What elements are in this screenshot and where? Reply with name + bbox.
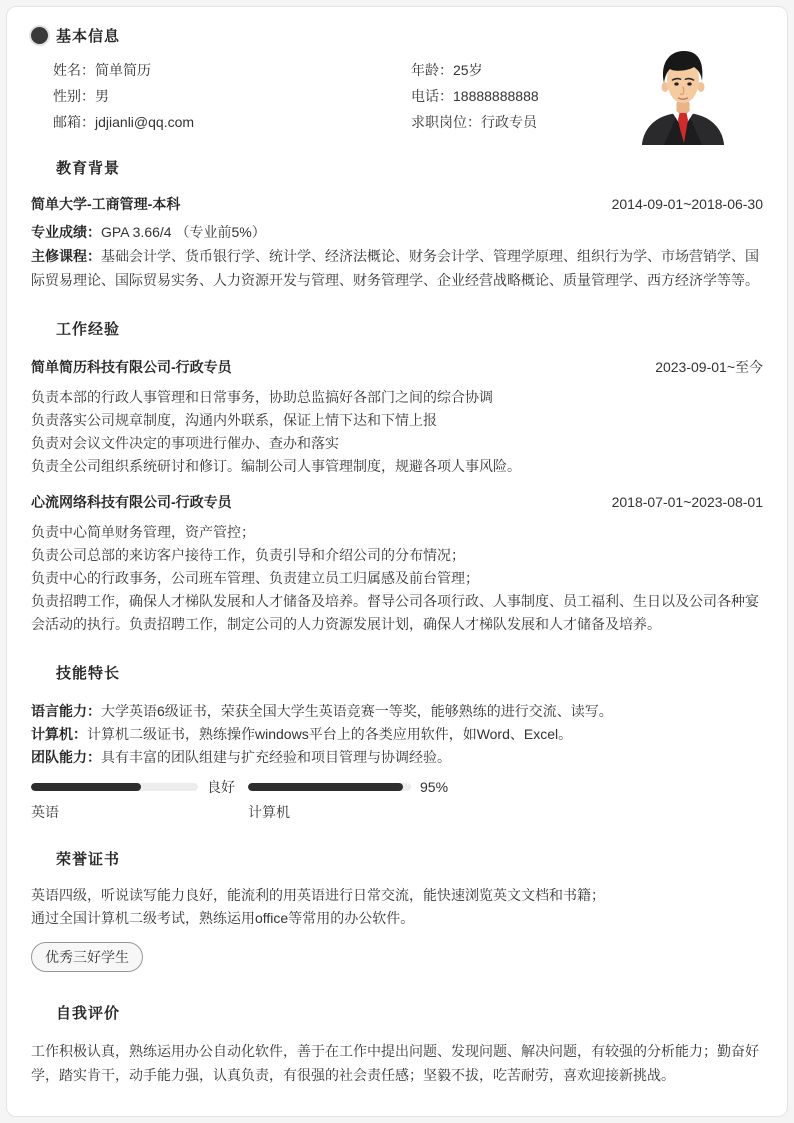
section-education: 教育背景 简单大学-工商管理-本科 2014-09-01~2018-06-30 … <box>31 159 763 292</box>
duty-line: 负责中心简单财务管理，资产管控； <box>31 521 763 544</box>
skills-items: 语言能力：大学英语6级证书，荣获全国大学生英语竞赛一等奖，能够熟练的进行交流、读… <box>31 700 763 769</box>
company-position: 简单简历科技有限公司-行政专员 <box>31 357 232 377</box>
education-title: 教育背景 <box>56 159 763 179</box>
duty-line: 负责对会议文件决定的事项进行催办、查办和落实 <box>31 432 763 455</box>
courses-line: 主修课程：基础会计学、货币银行学、统计学、经济法概论、财务会计学、管理学原理、组… <box>31 244 763 292</box>
honors-title: 荣誉证书 <box>56 850 763 870</box>
section-honors: 荣誉证书 英语四级，听说读写能力良好，能流利的用英语进行日常交流，能快速浏览英文… <box>31 850 763 972</box>
honor-badge: 优秀三好学生 <box>31 942 143 972</box>
progress-fill <box>248 783 403 791</box>
job-header: 简单简历科技有限公司-行政专员 2023-09-01~至今 <box>31 357 763 377</box>
job-duties: 负责本部的行政人事管理和日常事务，协助总监搞好各部门之间的综合协调 负责落实公司… <box>31 386 763 478</box>
section-self-eval: 自我评价 工作积极认真，熟练运用办公自动化软件，善于在工作中提出问题、发现问题、… <box>31 1004 763 1087</box>
progress-level-label: 良好 <box>207 777 235 797</box>
skill-bar-english: 良好 英语 <box>31 779 248 822</box>
duty-line: 负责招聘工作，确保人才梯队发展和人才储备及培养。督导公司各项行政、人事制度、员工… <box>31 590 763 636</box>
school-degree: 简单大学-工商管理-本科 <box>31 194 180 214</box>
job-header: 心流网络科技有限公司-行政专员 2018-07-01~2023-08-01 <box>31 492 763 512</box>
section-title: 基本信息 <box>56 25 120 46</box>
field-name: 姓名：简单简历 <box>53 57 411 83</box>
skill-bar-name: 计算机 <box>248 802 448 822</box>
skills-title: 技能特长 <box>56 664 763 684</box>
progress-track <box>31 783 198 791</box>
education-entry: 简单大学-工商管理-本科 2014-09-01~2018-06-30 <box>31 194 763 214</box>
job-duties: 负责中心简单财务管理，资产管控； 负责公司总部的来访客户接待工作，负责引导和介绍… <box>31 521 763 636</box>
section-skills: 技能特长 语言能力：大学英语6级证书，荣获全国大学生英语竞赛一等奖，能够熟练的进… <box>31 664 763 822</box>
avatar-illustration <box>634 43 732 145</box>
progress-level-label: 95% <box>420 779 448 795</box>
progress-track <box>248 783 411 791</box>
job-date: 2018-07-01~2023-08-01 <box>612 494 763 510</box>
duty-line: 负责中心的行政事务，公司班车管理、负责建立员工归属感及前台管理； <box>31 567 763 590</box>
profile-photo <box>634 43 732 145</box>
gpa-line: 专业成绩：GPA 3.66/4 （专业前5%） <box>31 220 763 244</box>
skill-line: 团队能力：具有丰富的团队组建与扩充经验和项目管理与协调经验。 <box>31 746 763 769</box>
job-entry: 简单简历科技有限公司-行政专员 2023-09-01~至今 负责本部的行政人事管… <box>31 357 763 478</box>
skill-bar-computer: 95% 计算机 <box>248 779 448 822</box>
resume-page: 基本信息 姓名：简单简历 年龄：25岁 性别：男 电话：18888888888 … <box>6 6 788 1117</box>
skill-line: 计算机：计算机二级证书，熟练操作windows平台上的各类应用软件，如Word、… <box>31 723 763 746</box>
duty-line: 负责落实公司规章制度，沟通内外联系，保证上情下达和下情上报 <box>31 409 763 432</box>
section-bullet-icon <box>31 27 48 44</box>
skill-bar-name: 英语 <box>31 802 248 822</box>
field-email: 邮箱：jdjianli@qq.com <box>53 109 411 135</box>
skill-bars: 良好 英语 95% 计算机 <box>31 779 763 822</box>
section-work: 工作经验 简单简历科技有限公司-行政专员 2023-09-01~至今 负责本部的… <box>31 320 763 636</box>
honor-line: 英语四级，听说读写能力良好，能流利的用英语进行日常交流，能快速浏览英文文档和书籍… <box>31 884 763 907</box>
duty-line: 负责本部的行政人事管理和日常事务，协助总监搞好各部门之间的综合协调 <box>31 386 763 409</box>
skill-line: 语言能力：大学英语6级证书，荣获全国大学生英语竞赛一等奖，能够熟练的进行交流、读… <box>31 700 763 723</box>
work-title: 工作经验 <box>56 320 763 340</box>
honors-lines: 英语四级，听说读写能力良好，能流利的用英语进行日常交流，能快速浏览英文文档和书籍… <box>31 884 763 930</box>
job-date: 2023-09-01~至今 <box>655 357 763 377</box>
duty-line: 负责公司总部的来访客户接待工作，负责引导和介绍公司的分布情况； <box>31 544 763 567</box>
field-gender: 性别：男 <box>53 83 411 109</box>
company-position: 心流网络科技有限公司-行政专员 <box>31 492 232 512</box>
self-eval-title: 自我评价 <box>56 1004 763 1024</box>
self-eval-text: 工作积极认真，熟练运用办公自动化软件，善于在工作中提出问题、发现问题、解决问题，… <box>31 1040 763 1087</box>
progress-fill <box>31 783 141 791</box>
duty-line: 负责全公司组织系统研讨和修订。编制公司人事管理制度，规避各项人事风险。 <box>31 455 763 478</box>
education-date: 2014-09-01~2018-06-30 <box>612 196 763 212</box>
job-entry: 心流网络科技有限公司-行政专员 2018-07-01~2023-08-01 负责… <box>31 492 763 636</box>
honor-line: 通过全国计算机二级考试，熟练运用office等常用的办公软件。 <box>31 907 763 930</box>
